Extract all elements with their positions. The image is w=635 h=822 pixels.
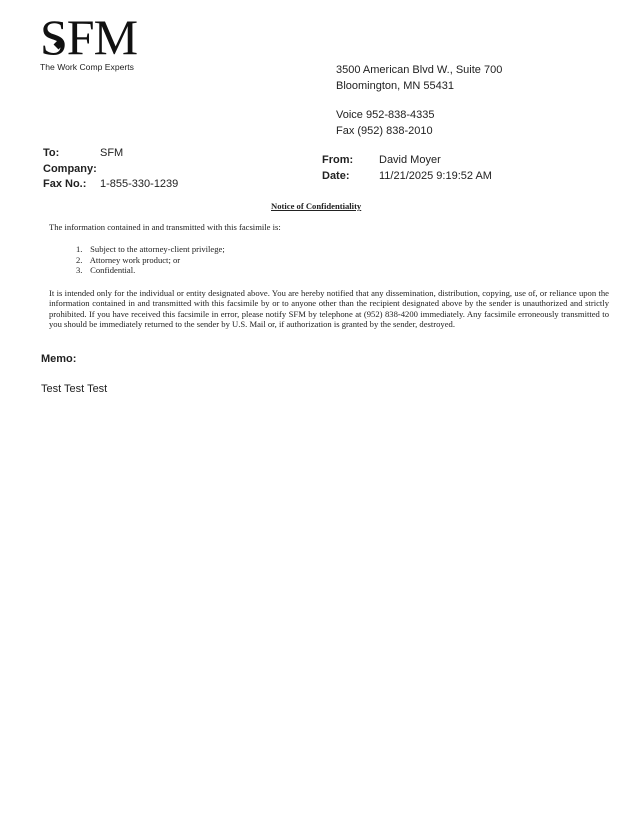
from-row: From: David Moyer <box>322 153 492 169</box>
fax-label: Fax No.: <box>43 177 100 193</box>
memo-label: Memo: <box>41 353 76 365</box>
from-label: From: <box>322 153 379 169</box>
company-row: Company: <box>43 162 178 178</box>
date-value: 11/21/2025 9:19:52 AM <box>379 169 492 185</box>
from-value: David Moyer <box>379 153 441 169</box>
fax-row: Fax No.: 1-855-330-1239 <box>43 177 178 193</box>
notice-list: 1. Subject to the attorney-client privil… <box>76 244 225 276</box>
address-line-1: 3500 American Blvd W., Suite 700 <box>336 62 502 78</box>
list-item: 1. Subject to the attorney-client privil… <box>76 244 225 255</box>
confidentiality-paragraph: It is intended only for the individual o… <box>49 288 609 330</box>
voice-number: Voice 952-838-4335 <box>336 107 502 123</box>
address-line-2: Bloomington, MN 55431 <box>336 78 502 94</box>
notice-intro: The information contained in and transmi… <box>49 222 281 232</box>
recipient-block: To: SFM Company: Fax No.: 1-855-330-1239 <box>43 146 178 193</box>
date-row: Date: 11/21/2025 9:19:52 AM <box>322 169 492 185</box>
list-item: 2. Attorney work product; or <box>76 255 225 266</box>
company-address: 3500 American Blvd W., Suite 700 Bloomin… <box>336 62 502 139</box>
memo-body: Test Test Test <box>41 383 107 395</box>
sfm-logo: SFM <box>40 14 150 64</box>
logo-text: SFM <box>40 8 137 66</box>
list-item: 3. Confidential. <box>76 265 225 276</box>
to-row: To: SFM <box>43 146 178 162</box>
sender-block: From: David Moyer Date: 11/21/2025 9:19:… <box>322 153 492 184</box>
company-label: Company: <box>43 162 100 178</box>
to-value: SFM <box>100 146 123 162</box>
notice-title: Notice of Confidentiality <box>271 201 361 211</box>
logo-tagline: The Work Comp Experts <box>40 62 134 72</box>
to-label: To: <box>43 146 100 162</box>
fax-value: 1-855-330-1239 <box>100 177 178 193</box>
fax-number: Fax (952) 838-2010 <box>336 123 502 139</box>
date-label: Date: <box>322 169 379 185</box>
